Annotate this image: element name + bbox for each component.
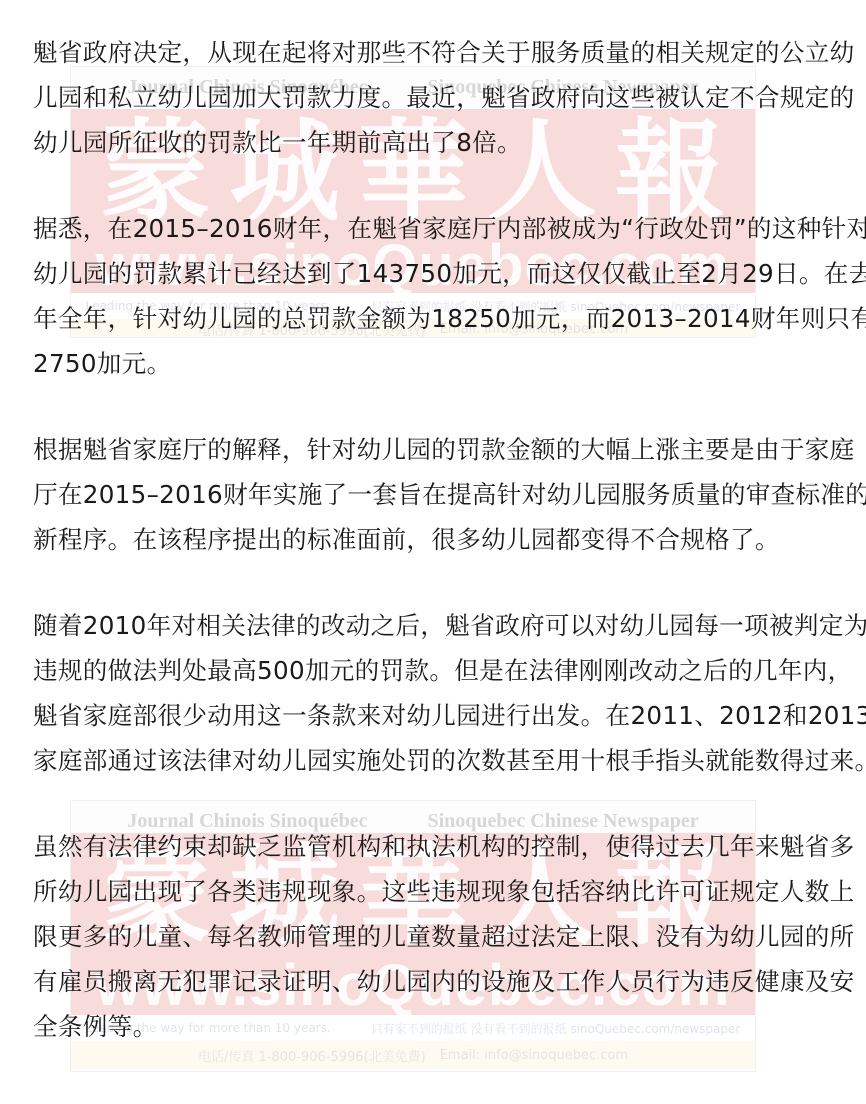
text-line: 据悉，在2015–2016财年，在魁省家庭厅内部被成为“行政处罚”的这种针对: [33, 206, 843, 251]
text-line: 全条例等。: [33, 1004, 843, 1049]
text-line: 新程序。在该程序提出的标准面前，很多幼儿园都变得不合规格了。: [33, 517, 843, 562]
article-body: 魁省政府决定，从现在起将对那些不符合关于服务质量的相关规定的公立幼 儿园和私立幼…: [33, 30, 843, 1049]
text-line: 限更多的儿童、每名教师管理的儿童数量超过法定上限、没有为幼儿园的所: [33, 914, 843, 959]
paragraph-gap: [33, 783, 843, 824]
text-line: 虽然有法律约束却缺乏监管机构和执法机构的控制，使得过去几年来魁省多: [33, 824, 843, 869]
watermark-email: Email: info@sinoquebec.com: [440, 1048, 628, 1063]
text-line: 儿园和私立幼儿园加大罚款力度。最近，魁省政府向这些被认定不合规定的: [33, 75, 843, 120]
paragraph-4: 随着2010年对相关法律的改动之后，魁省政府可以对幼儿园每一项被判定为 违规的做…: [33, 603, 843, 783]
text-line: 厅在2015–2016财年实施了一套旨在提高针对幼儿园服务质量的审查标准的: [33, 472, 843, 517]
text-line: 2750加元。: [33, 341, 843, 386]
paragraph-5: 虽然有法律约束却缺乏监管机构和执法机构的控制，使得过去几年来魁省多 所幼儿园出现…: [33, 824, 843, 1049]
text-line: 幼儿园所征收的罚款比一年期前高出了8倍。: [33, 120, 843, 165]
paragraph-2: 据悉，在2015–2016财年，在魁省家庭厅内部被成为“行政处罚”的这种针对 幼…: [33, 206, 843, 386]
text-line: 家庭部通过该法律对幼儿园实施处罚的次数甚至用十根手指头就能数得过来。: [33, 738, 843, 783]
text-line: 有雇员搬离无犯罪记录证明、幼儿园内的设施及工作人员行为违反健康及安: [33, 959, 843, 1004]
text-line: 违规的做法判处最高500加元的罚款。但是在法律刚刚改动之后的几年内，: [33, 648, 843, 693]
paragraph-gap: [33, 562, 843, 603]
paragraph-gap: [33, 386, 843, 427]
paragraph-3: 根据魁省家庭厅的解释，针对幼儿园的罚款金额的大幅上涨主要是由于家庭 厅在2015…: [33, 427, 843, 562]
text-line: 魁省政府决定，从现在起将对那些不符合关于服务质量的相关规定的公立幼: [33, 30, 843, 75]
paragraph-1: 魁省政府决定，从现在起将对那些不符合关于服务质量的相关规定的公立幼 儿园和私立幼…: [33, 30, 843, 165]
text-line: 年全年，针对幼儿园的总罚款金额为18250加元，而2013–2014财年则只有: [33, 296, 843, 341]
paragraph-gap: [33, 165, 843, 206]
text-line: 根据魁省家庭厅的解释，针对幼儿园的罚款金额的大幅上涨主要是由于家庭: [33, 427, 843, 472]
text-line: 所幼儿园出现了各类违规现象。这些违规现象包括容纳比许可证规定人数上: [33, 869, 843, 914]
text-line: 随着2010年对相关法律的改动之后，魁省政府可以对幼儿园每一项被判定为: [33, 603, 843, 648]
text-line: 魁省家庭部很少动用这一条款来对幼儿园进行出发。在2011、2012和2013年，: [33, 693, 843, 738]
text-line: 幼儿园的罚款累计已经达到了143750加元，而这仅仅截止至2月29日。在去: [33, 251, 843, 296]
